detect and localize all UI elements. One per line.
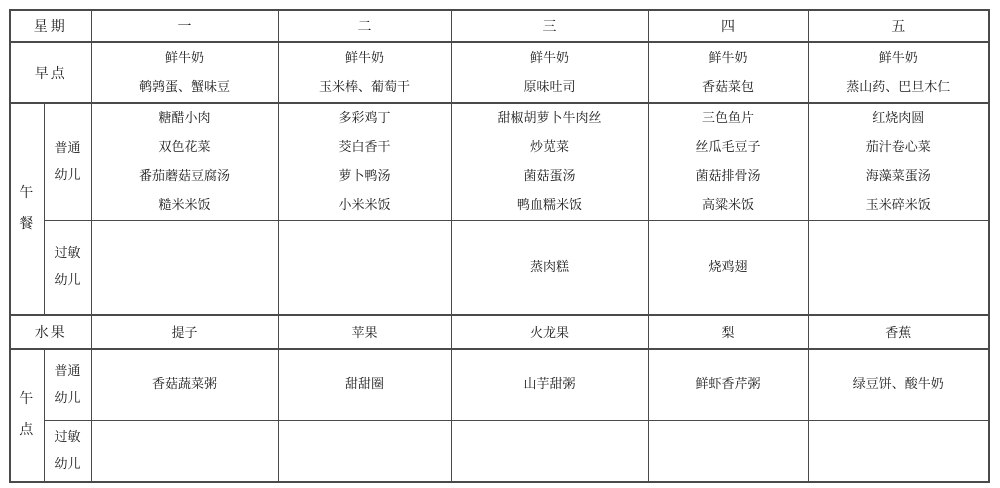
weekday-header-thu: 四 <box>648 10 808 42</box>
dish-cell: 香蕉 <box>808 315 989 349</box>
dish-cell <box>648 421 808 482</box>
table-row-lunch-regular: 午餐 普通幼儿 糖醋小肉双色花菜番茄蘑菇豆腐汤糙米米饭 多彩鸡丁茭白香干萝卜鸭汤… <box>10 103 989 221</box>
dish-cell: 香菇蔬菜粥 <box>91 349 278 421</box>
dish-cell: 苹果 <box>278 315 451 349</box>
group-label-allergy-children: 过敏幼儿 <box>44 221 91 315</box>
group-label-regular-children: 普通幼儿 <box>44 349 91 421</box>
meal-label-lunch: 午餐 <box>10 103 44 315</box>
dish-cell: 梨 <box>648 315 808 349</box>
weekday-header-mon: 一 <box>91 10 278 42</box>
table-row-breakfast: 早点 鲜牛奶鹌鹑蛋、蟹味豆 鲜牛奶玉米棒、葡萄干 鲜牛奶原味吐司 鲜牛奶香菇菜包… <box>10 42 989 103</box>
dish-cell: 鲜牛奶玉米棒、葡萄干 <box>278 42 451 103</box>
dish-cell: 鲜虾香芹粥 <box>648 349 808 421</box>
dish-cell: 鲜牛奶香菇菜包 <box>648 42 808 103</box>
table-row-fruit: 水果 提子 苹果 火龙果 梨 香蕉 <box>10 315 989 349</box>
dish-cell <box>278 221 451 315</box>
table-row-lunch-allergy: 过敏幼儿 蒸肉糕 烧鸡翅 <box>10 221 989 315</box>
dish-cell: 烧鸡翅 <box>648 221 808 315</box>
dish-cell: 鲜牛奶鹌鹑蛋、蟹味豆 <box>91 42 278 103</box>
table-row-snack-regular: 午点 普通幼儿 香菇蔬菜粥 甜甜圈 山芋甜粥 鲜虾香芹粥 绿豆饼、酸牛奶 <box>10 349 989 421</box>
dish-cell: 提子 <box>91 315 278 349</box>
dish-cell: 多彩鸡丁茭白香干萝卜鸭汤小米米饭 <box>278 103 451 221</box>
weekly-menu-table: 星期 一 二 三 四 五 早点 鲜牛奶鹌鹑蛋、蟹味豆 鲜牛奶玉米棒、葡萄干 鲜牛… <box>9 9 990 483</box>
dish-cell: 绿豆饼、酸牛奶 <box>808 349 989 421</box>
dish-cell: 火龙果 <box>451 315 648 349</box>
dish-cell: 红烧肉圆茄汁卷心菜海藻菜蛋汤玉米碎米饭 <box>808 103 989 221</box>
dish-cell <box>808 421 989 482</box>
group-label-regular-children: 普通幼儿 <box>44 103 91 221</box>
meal-label-snack: 午点 <box>10 349 44 482</box>
dish-cell <box>91 421 278 482</box>
dish-cell: 甜椒胡萝卜牛肉丝炒苋菜菌菇蛋汤鸭血糯米饭 <box>451 103 648 221</box>
weekday-header-fri: 五 <box>808 10 989 42</box>
weekday-header-tue: 二 <box>278 10 451 42</box>
dish-cell: 糖醋小肉双色花菜番茄蘑菇豆腐汤糙米米饭 <box>91 103 278 221</box>
dish-cell: 三色鱼片丝瓜毛豆子菌菇排骨汤高粱米饭 <box>648 103 808 221</box>
table-row-snack-allergy: 过敏幼儿 <box>10 421 989 482</box>
dish-cell: 鲜牛奶原味吐司 <box>451 42 648 103</box>
dish-cell: 鲜牛奶蒸山药、巴旦木仁 <box>808 42 989 103</box>
meal-label-fruit: 水果 <box>10 315 91 349</box>
meal-label-breakfast: 早点 <box>10 42 91 103</box>
dish-cell: 蒸肉糕 <box>451 221 648 315</box>
dish-cell <box>278 421 451 482</box>
dish-cell <box>91 221 278 315</box>
dish-cell <box>451 421 648 482</box>
dish-cell <box>808 221 989 315</box>
table-row-header: 星期 一 二 三 四 五 <box>10 10 989 42</box>
corner-header-weekday: 星期 <box>10 10 91 42</box>
dish-cell: 山芋甜粥 <box>451 349 648 421</box>
dish-cell: 甜甜圈 <box>278 349 451 421</box>
group-label-allergy-children: 过敏幼儿 <box>44 421 91 482</box>
weekday-header-wed: 三 <box>451 10 648 42</box>
